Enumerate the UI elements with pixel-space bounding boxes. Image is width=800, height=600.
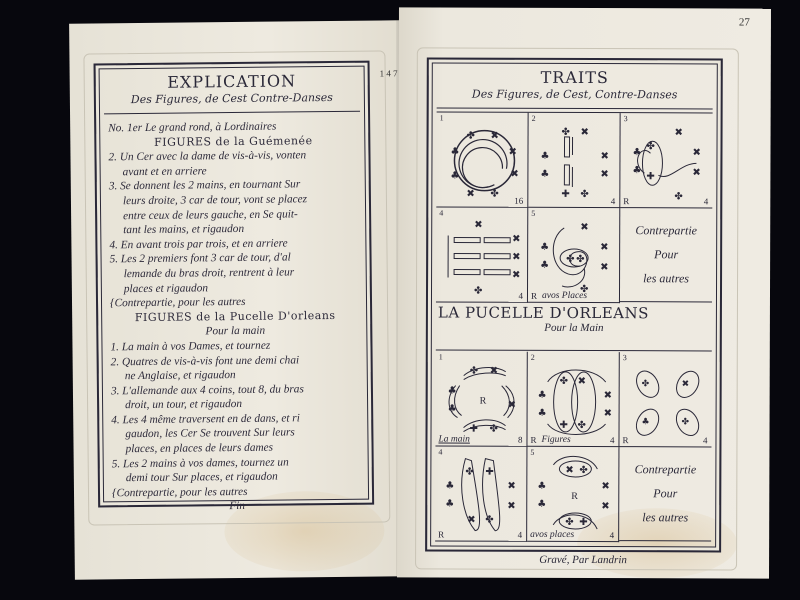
svg-text:✤: ✤ — [642, 379, 650, 389]
svg-text:✤: ✤ — [467, 131, 475, 142]
figure-mark: R — [530, 435, 536, 445]
contrepartie-text: Pour — [653, 486, 677, 501]
svg-text:♣: ♣ — [450, 147, 459, 158]
spiral-figure-icon: ✖ ♣✖ ♣✖ ✤✤ ✤ — [528, 208, 620, 302]
pucelle-cell-3: 3 ✤✖ ♣✤ R 4 — [619, 352, 711, 447]
svg-text:♣: ♣ — [445, 499, 454, 510]
figure-caption: avos places — [530, 530, 574, 540]
svg-text:♣: ♣ — [448, 404, 457, 415]
svg-text:✤: ✤ — [470, 366, 478, 377]
figure-count: 4 — [611, 196, 616, 206]
figure-mark: R — [531, 291, 537, 301]
explication-header: EXPLICATION Des Figures, de Cest Contre-… — [104, 67, 360, 115]
svg-text:✖: ✖ — [467, 515, 475, 526]
pucelle-cell-1: 1 R ✤✖ ♣✖ ♣✚✤ La main 8 — [435, 351, 527, 446]
svg-text:♣: ♣ — [448, 386, 457, 397]
contrepartie-cell: Contrepartie Pour les autres — [620, 208, 712, 302]
svg-text:✖: ✖ — [512, 270, 520, 281]
page-subtitle: Des Figures, de Cest Contre-Danses — [104, 91, 360, 107]
svg-text:✚: ✚ — [485, 467, 493, 478]
contrepartie-text: Contrepartie — [635, 223, 697, 238]
svg-text:✤: ✤ — [674, 191, 682, 202]
svg-text:✚: ✚ — [561, 189, 569, 200]
contrepartie-text: les autres — [642, 511, 688, 526]
svg-text:✖: ✖ — [507, 481, 515, 492]
circle-figure-icon: ✤✖ ♣✖ ♣✖ ✖✤ — [436, 112, 528, 206]
page-title: EXPLICATION — [104, 71, 360, 93]
explication-line: FIGURES de la Pucelle D'orleans — [110, 308, 360, 325]
figure-count: 4 — [610, 435, 615, 445]
svg-text:✖: ✖ — [675, 127, 683, 138]
traverse-figure-icon: ✤✚ ♣✖ ♣✖ ✖✤ — [435, 446, 527, 540]
right-page: 27 TRAITS Des Figures, de Cest, Contre-D… — [397, 7, 771, 578]
figure-mark: R — [438, 529, 444, 539]
svg-text:✤: ✤ — [560, 376, 568, 387]
svg-text:♣: ♣ — [538, 390, 547, 401]
traits-frame: TRAITS Des Figures, de Cest, Contre-Dans… — [425, 57, 723, 552]
svg-text:✖: ✖ — [466, 189, 474, 200]
svg-text:✤: ✤ — [682, 417, 690, 427]
figure-cell-1: 1 ✤✖ ♣✖ ♣✖ ✖✤ 16 — [436, 112, 528, 207]
svg-text:✤: ✤ — [465, 467, 473, 478]
svg-text:✚: ✚ — [470, 424, 478, 435]
svg-text:✤: ✤ — [580, 189, 588, 200]
contrepartie-cell: Contrepartie Pour les autres — [619, 447, 711, 541]
svg-text:✖: ✖ — [491, 131, 499, 142]
svg-text:✖: ✖ — [604, 390, 612, 401]
figure-caption: Figures — [541, 435, 570, 445]
figure-grid-guemenee: 1 ✤✖ ♣✖ ♣✖ ✖✤ 16 2 — [436, 111, 713, 303]
traits-title: TRAITS — [437, 67, 713, 87]
figure-cell-2: 2 ✤✖ ♣✖ ♣✖ ✚✤ 4 — [528, 113, 620, 208]
left-page: EXPLICATION Des Figures, de Cest Contre-… — [69, 20, 405, 579]
pucelle-header: LA PUCELLE D'ORLEANS Pour la Main — [436, 303, 712, 351]
cross-over-figure-icon: ✤✖ ♣✖ ♣✖ ✚✤ — [528, 113, 620, 207]
svg-text:✤: ✤ — [565, 517, 573, 528]
svg-text:✖: ✖ — [604, 408, 612, 419]
svg-text:♣: ♣ — [445, 481, 454, 492]
pucelle-title: LA PUCELLE D'ORLEANS — [436, 303, 712, 322]
places-figure-icon: R ✖✤ ♣✖ ♣✖ ✤✚ — [527, 447, 619, 541]
figure-cell-5: 5 ✖ ♣✖ ♣✖ ✤✤ ✤ R avos Places — [528, 208, 620, 303]
svg-text:♣: ♣ — [540, 242, 549, 253]
svg-text:♣: ♣ — [540, 260, 549, 271]
svg-text:✖: ✖ — [600, 151, 608, 162]
svg-text:✖: ✖ — [508, 147, 516, 158]
pucelle-cell-5: 5 R ✖✤ ♣✖ ♣✖ ✤✚ avos places 4 — [527, 447, 619, 542]
svg-text:✖: ✖ — [601, 481, 609, 492]
svg-text:✖: ✖ — [474, 220, 482, 231]
figures-figure-icon: ✤✖ ♣✖ ♣✖ ✚✤ — [527, 352, 619, 446]
svg-text:✖: ✖ — [510, 169, 518, 180]
svg-text:✖: ✖ — [565, 465, 573, 476]
svg-text:✖: ✖ — [512, 234, 520, 245]
figure-caption: La main — [438, 434, 469, 444]
figure-cell-3: 3 ✖ ♣✖ ✤✚ ♣✖ ✤ R 4 — [620, 113, 712, 208]
traits-header: TRAITS Des Figures, de Cest, Contre-Dans… — [437, 63, 713, 109]
engraver-credit: Gravé, Par Landrin — [397, 553, 769, 566]
explication-line: Fin — [112, 498, 362, 515]
svg-text:✤: ✤ — [646, 141, 654, 152]
svg-text:✖: ✖ — [600, 242, 608, 253]
contrepartie-text: Pour — [654, 247, 678, 262]
figure-count: 8 — [518, 435, 523, 445]
explication-frame: EXPLICATION Des Figures, de Cest Contre-… — [94, 61, 375, 508]
svg-text:♣: ♣ — [537, 499, 546, 510]
svg-text:✖: ✖ — [507, 501, 515, 512]
svg-text:✤: ✤ — [566, 254, 574, 265]
svg-text:✚: ✚ — [646, 171, 654, 182]
svg-text:♣: ♣ — [540, 151, 549, 162]
lines-figure-icon: ✖ ✖✖✖ ✤ — [436, 207, 528, 301]
svg-text:✖: ✖ — [682, 379, 690, 389]
svg-text:✖: ✖ — [692, 147, 700, 158]
pucelle-cell-2: 2 ✤✖ ♣✖ ♣✖ ✚✤ R Figures 4 — [527, 352, 619, 447]
figure-count: 4 — [518, 530, 523, 540]
svg-text:✤: ✤ — [485, 515, 493, 526]
svg-text:♣: ♣ — [632, 165, 641, 176]
svg-text:✖: ✖ — [581, 127, 589, 138]
page-number: 1 4 7 — [380, 68, 398, 78]
svg-text:♣: ♣ — [540, 169, 549, 180]
svg-text:✤: ✤ — [562, 127, 570, 138]
svg-text:♣: ♣ — [642, 417, 650, 427]
svg-text:R: R — [480, 396, 487, 407]
svg-text:✖: ✖ — [508, 400, 516, 411]
svg-text:✚: ✚ — [579, 517, 587, 528]
figure-count: 4 — [518, 291, 523, 301]
hands-figure-icon: R ✤✖ ♣✖ ♣✚✤ — [435, 351, 527, 445]
svg-text:✤: ✤ — [490, 189, 498, 200]
svg-text:♣: ♣ — [450, 171, 459, 182]
pucelle-cell-4: 4 ✤✚ ♣✖ ♣✖ ✖✤ R 4 — [435, 446, 527, 541]
svg-text:✖: ✖ — [578, 376, 586, 387]
figure-grid-pucelle: 1 R ✤✖ ♣✖ ♣✚✤ La main 8 — [435, 351, 712, 542]
svg-text:✖: ✖ — [580, 222, 588, 233]
contrepartie-text: les autres — [643, 272, 689, 287]
svg-text:♣: ♣ — [632, 147, 641, 158]
svg-text:R: R — [571, 491, 578, 502]
svg-text:✖: ✖ — [601, 501, 609, 512]
contrepartie-text: Contrepartie — [635, 462, 697, 477]
figure-caption: avos Places — [542, 291, 587, 301]
svg-text:♣: ♣ — [537, 481, 546, 492]
svg-text:♣: ♣ — [538, 408, 547, 419]
corner-page-number: 27 — [739, 17, 750, 29]
figure-count: 4 — [610, 530, 615, 540]
figure-count: 16 — [514, 196, 523, 206]
traits-subtitle: Des Figures, de Cest, Contre-Danses — [437, 87, 713, 101]
figure-mark: R — [623, 196, 629, 206]
svg-text:✤: ✤ — [579, 465, 587, 476]
svg-text:✤: ✤ — [578, 420, 586, 431]
svg-text:✖: ✖ — [692, 167, 700, 178]
svg-text:✖: ✖ — [490, 366, 498, 377]
svg-text:✖: ✖ — [600, 169, 608, 180]
pucelle-subtitle: Pour la Main — [436, 321, 712, 334]
loop-figure-icon: ✖ ♣✖ ✤✚ ♣✖ ✤ — [620, 113, 712, 207]
figure-count: 4 — [703, 435, 708, 445]
figure-cell-4: 4 ✖ ✖✖✖ ✤ 4 — [436, 207, 528, 302]
svg-text:✤: ✤ — [490, 424, 498, 435]
explication-text: No. 1er Le grand rond, à LordinairesFIGU… — [108, 119, 362, 516]
svg-text:✤: ✤ — [576, 254, 584, 265]
four-corners-figure-icon: ✤✖ ♣✤ — [619, 352, 711, 446]
figure-mark: R — [622, 435, 628, 445]
svg-text:✖: ✖ — [600, 262, 608, 273]
svg-text:✚: ✚ — [560, 420, 568, 431]
svg-text:✤: ✤ — [474, 286, 482, 297]
figure-count: 4 — [704, 196, 709, 206]
svg-text:✖: ✖ — [512, 252, 520, 263]
